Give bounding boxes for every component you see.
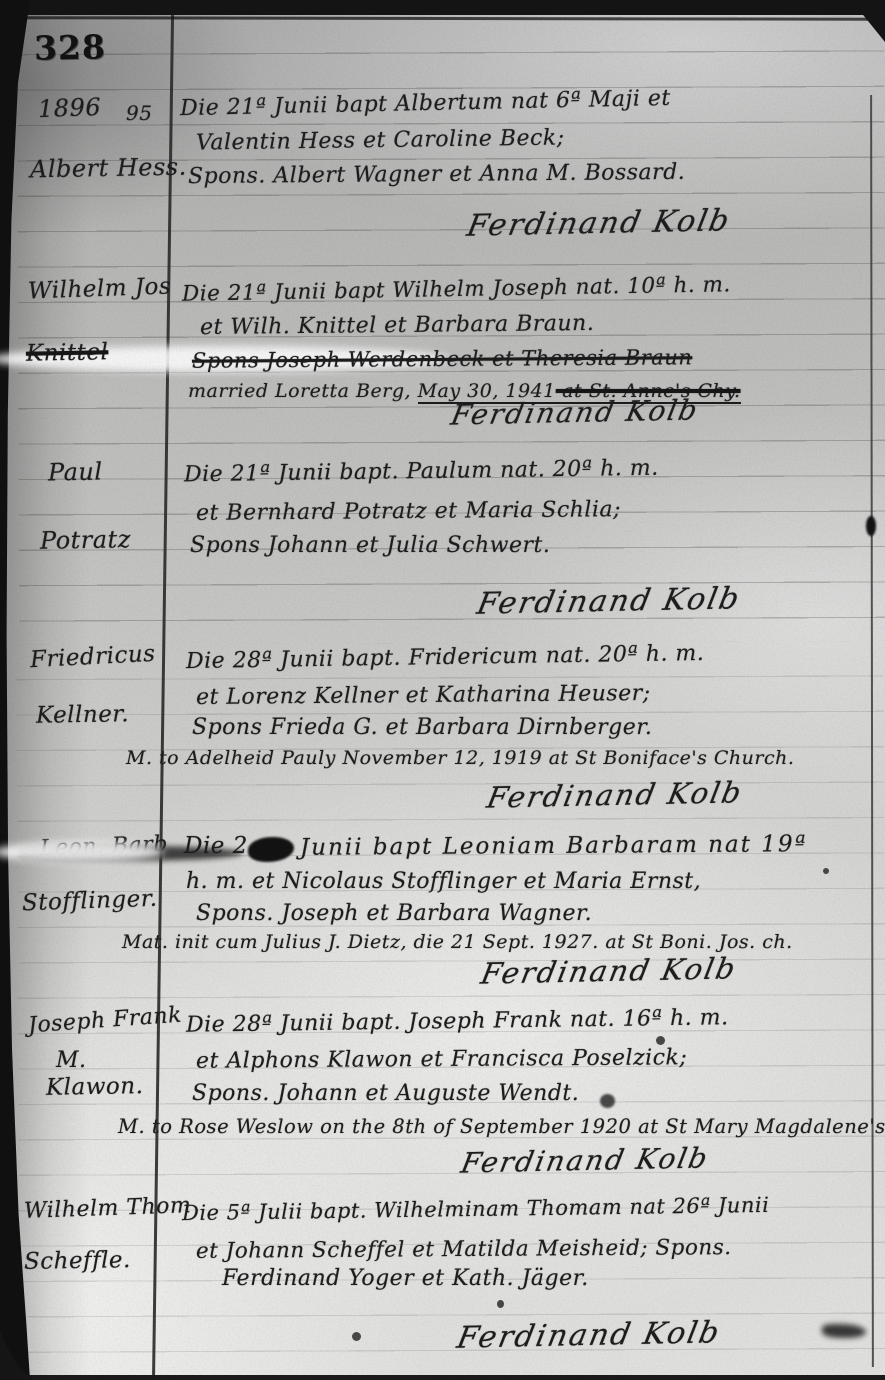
record-line: Spons Johann et Julia Schwert.: [190, 533, 550, 558]
erasure-streak: [0, 842, 164, 862]
record-line-struck: Spons Joseph Werdenbeck et Theresia Brau…: [192, 345, 692, 372]
scan-edge-bottom: [0, 1375, 885, 1380]
margin-name: Wilhelm Jos: [28, 274, 172, 305]
record-line: Spons. Johann et Auguste Wendt.: [192, 1081, 579, 1106]
ink-speck: [497, 1300, 504, 1308]
priest-signature: Ferdinand Kolb: [464, 203, 734, 243]
record-line: h. m. et Nicolaus Stofflinger et Maria E…: [186, 869, 701, 894]
priest-signature: Ferdinand Kolb: [458, 1141, 712, 1179]
record-line-rest: Junii bapt Leoniam Barbaram nat 19ª: [300, 831, 808, 861]
record-entry-number: 95: [126, 101, 152, 125]
ink-speck: [823, 868, 829, 874]
scan-edge-top: [0, 0, 885, 15]
record-line: et Johann Scheffel et Matilda Meisheid; …: [196, 1235, 732, 1264]
record-line: et Bernhard Potratz et Maria Schlia;: [196, 497, 621, 526]
priest-signature: Ferdinand Kolb: [484, 775, 746, 814]
marriage-note: M. to Rose Weslow on the 8th of Septembe…: [118, 1115, 885, 1138]
margin-name-struck: Knittel: [26, 339, 109, 366]
ink-smudge: [822, 1324, 866, 1338]
priest-signature: Ferdinand Kolb: [454, 1315, 724, 1355]
margin-name: Stofflinger.: [22, 886, 158, 917]
record-line: et Alphons Klawon et Francisca Poselzick…: [196, 1045, 687, 1073]
register-page: 328 1896 95 Albert Hess. Die 21ª Junii b…: [0, 0, 885, 1380]
margin-name: Albert Hess.: [30, 153, 187, 184]
ink-speck: [656, 1036, 665, 1045]
priest-signature: Ferdinand Kolb: [474, 581, 744, 621]
record-line: Spons. Joseph et Barbara Wagner.: [196, 901, 592, 926]
record-line: et Wilh. Knittel et Barbara Braun.: [200, 311, 595, 340]
record-line: Spons Frieda G. et Barbara Dirnberger.: [192, 715, 652, 740]
ink-speck: [352, 1332, 361, 1341]
marriage-note: M. to Adelheid Pauly November 12, 1919 a…: [126, 747, 794, 769]
margin-name: Scheffle.: [24, 1247, 131, 1275]
page-number: 328: [34, 27, 107, 67]
record-line: Ferdinand Yoger et Kath. Jäger.: [222, 1266, 589, 1291]
priest-signature: Ferdinand Kolb: [478, 951, 740, 990]
record-line: Valentin Hess et Caroline Beck;: [196, 125, 565, 155]
marriage-note-text: married Loretta Berg,: [188, 380, 418, 402]
record-line-start: Die 2: [184, 833, 248, 859]
record-year: 1896: [38, 93, 102, 123]
ink-blot: [866, 516, 876, 536]
ink-speck: [600, 1094, 615, 1108]
margin-name: Kellner.: [36, 701, 130, 729]
margin-name: M.: [56, 1048, 87, 1073]
priest-signature: Ferdinand Kolb: [448, 393, 702, 431]
margin-name: Potratz: [40, 525, 131, 555]
margin-name: Paul: [48, 458, 103, 487]
record-line: et Lorenz Kellner et Katharina Heuser;: [196, 681, 651, 710]
record-line: Spons. Albert Wagner et Anna M. Bossard.: [188, 160, 685, 189]
margin-name: Klawon.: [46, 1073, 144, 1101]
marriage-note: Mat. init cum Julius J. Dietz, die 21 Se…: [122, 931, 793, 953]
